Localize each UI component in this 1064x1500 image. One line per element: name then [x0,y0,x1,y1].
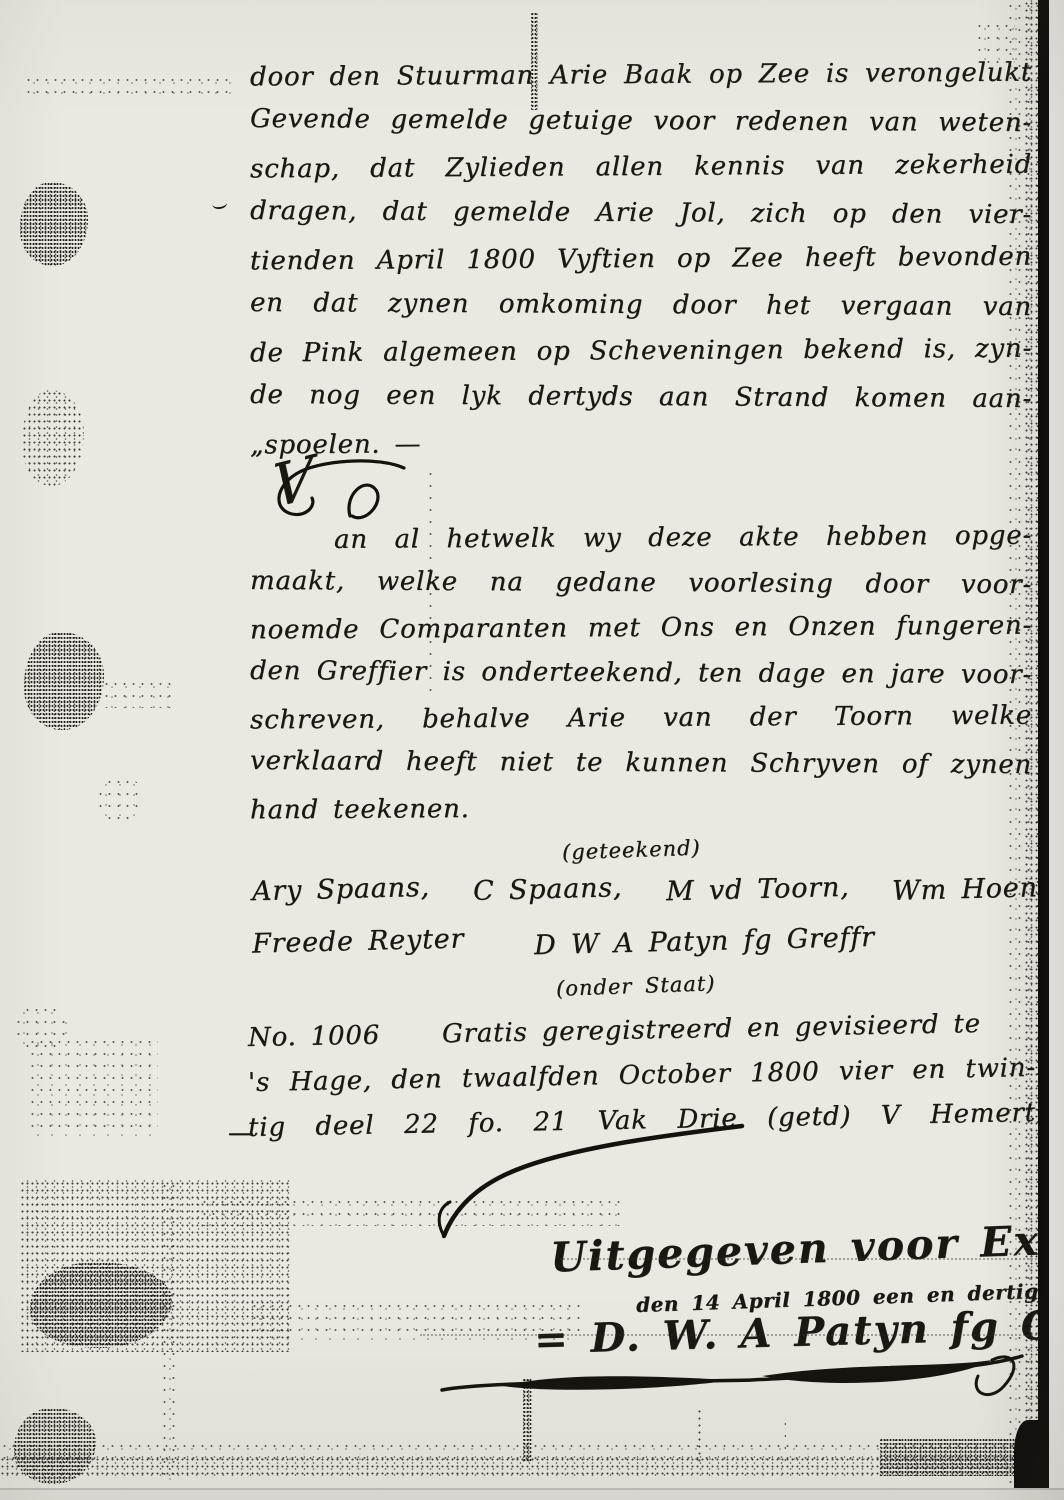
margin-mark [211,197,227,210]
act-paragraph-1: door den Stuurman Arie Baak op Zee is ve… [250,52,1032,466]
signature-patyn-greffier: D W A Patyn fg Greffr [534,922,875,961]
signature-freede-reyter: Freede Reyter [252,923,465,959]
stain [24,74,234,98]
act-line: tienden April 1800 Vyftien op Zee heeft … [250,234,1032,285]
registration-number: No. 1006 [248,1013,381,1061]
act-paragraph-2: an al hetwelk wy deze akte hebben opge- … [250,516,1032,831]
binding-bar [1038,0,1049,1500]
scan-artifact-line [560,1258,1040,1260]
signed-label: (geteekend) [562,836,701,865]
act-line: door den Stuurman Arie Baak op Zee is ve… [250,50,1032,101]
act-line: schap, dat Zylieden allen kennis van zek… [250,142,1032,193]
document-page: door den Stuurman Arie Baak op Zee is ve… [0,0,1064,1500]
stain [250,1300,580,1340]
stain [24,632,104,730]
fold-crease [531,12,538,110]
act-line: hand teekenen. [250,784,1032,834]
act-line: dragen, dat gemelde Arie Jol, zich op de… [250,188,1032,238]
signature-m-vd-toorn: M vd Toorn, [665,872,849,907]
stain [20,182,88,266]
stain [200,1196,620,1226]
stain [102,678,174,708]
act-line: verklaard heeft niet te kunnen Schryven … [250,739,1032,788]
under-label: (onder Staat) [556,971,716,1001]
act-line: Gevende gemelde getuige voor redenen van… [250,96,1032,146]
act-line: de nog een lyk dertyds aan Strand komen … [250,372,1032,422]
act-line: den Greffier is onderteekend, ten dage e… [250,649,1032,698]
stain [96,776,144,822]
signature-c-spaans: C Spaans, [473,872,623,907]
act-line: an al hetwelk wy deze akte hebben opge- [250,514,1032,564]
act-line: de Pink algemeen op Scheveningen bekend … [250,326,1032,377]
stain [160,1180,176,1480]
scan-edge-strip [0,1490,1064,1500]
act-line: maakt, welke na gedane voorlesing door v… [250,559,1032,608]
signature-swash-icon [432,1346,1032,1402]
signature-row-1: Ary Spaans, C Spaans, M vd Toorn, Wm Hoe… [252,874,1038,905]
act-line: schreven, behalve Arie van der Toorn wel… [250,694,1032,744]
stain [28,1036,158,1136]
act-line: en dat zynen omkoming door het vergaan v… [250,280,1032,330]
page-edge-strip [1049,0,1064,1500]
act-line: noemde Comparanten met Ons en Onzen fung… [250,604,1032,654]
fold-crease [426,468,433,696]
signature-row-2: Freede Reyter D W A Patyn fg Greffr [252,926,892,957]
signature-ary-spaans: Ary Spaans, [252,872,431,907]
stain [22,390,84,486]
